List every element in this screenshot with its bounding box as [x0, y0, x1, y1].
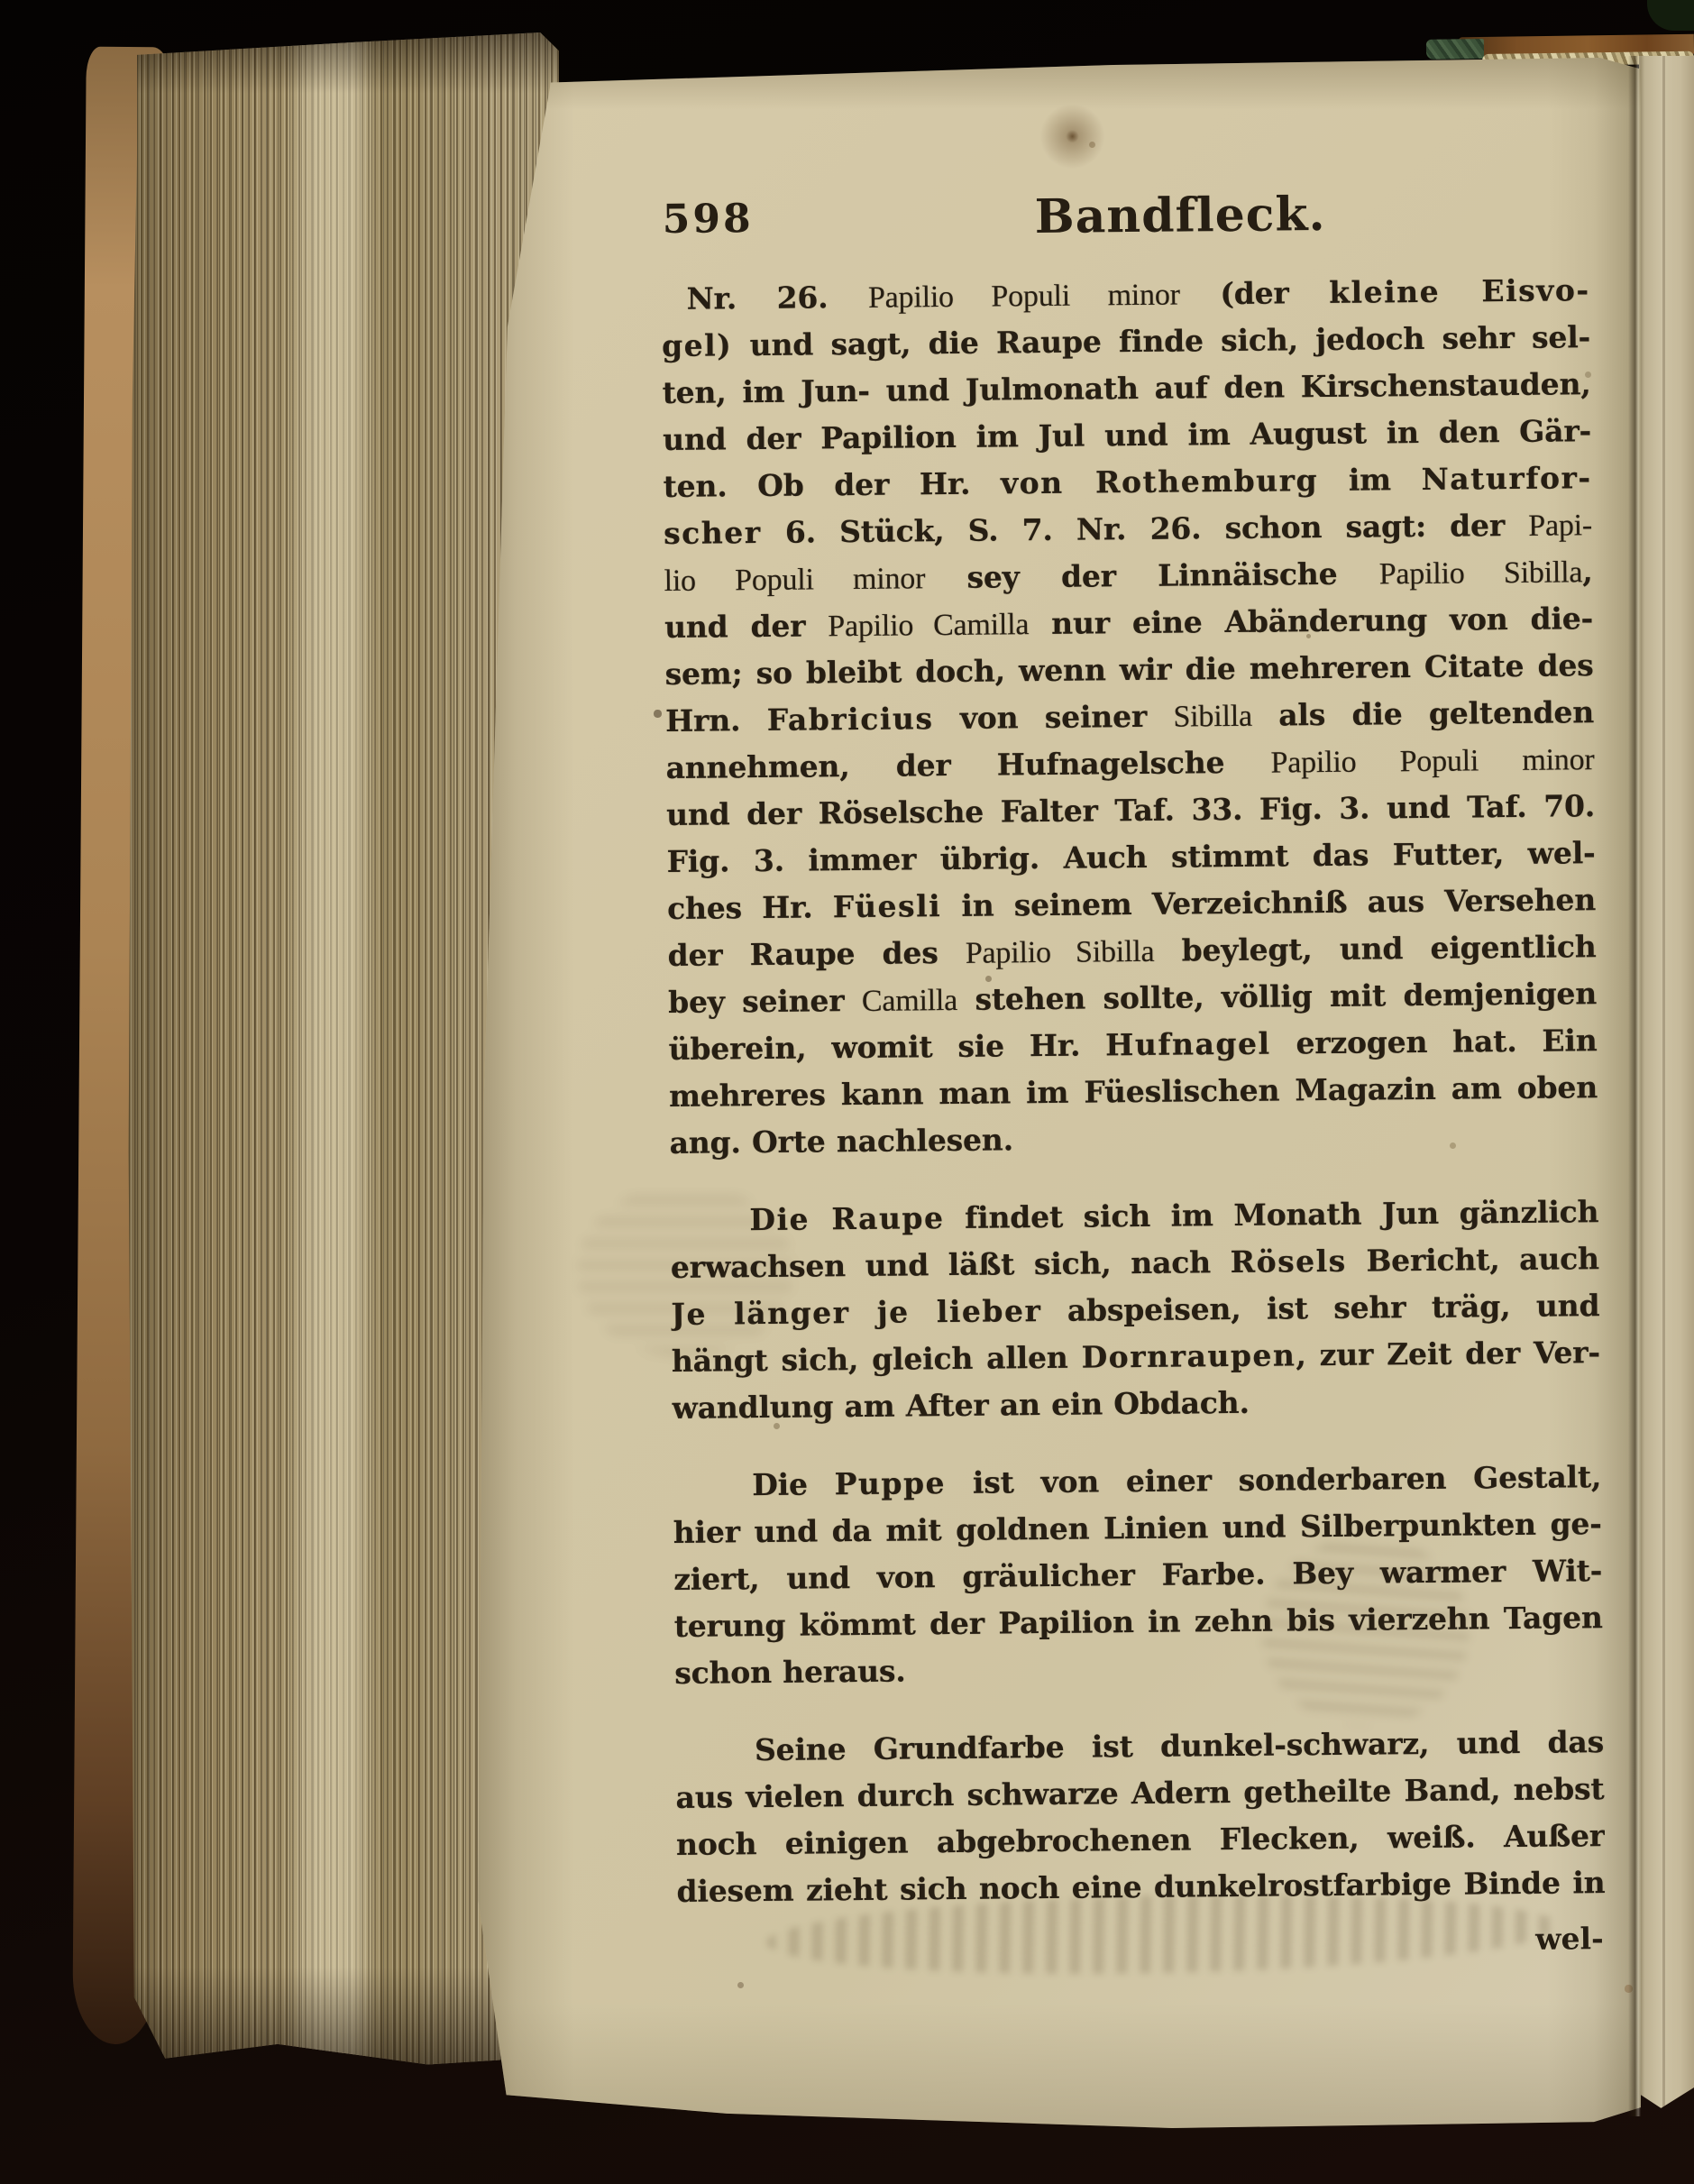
catchword: wel- [1535, 1921, 1604, 1957]
cover-corner [1647, 0, 1694, 31]
paragraph: Seine Grundfarbe ist dunkel-schwarz, und… [675, 1719, 1606, 1915]
paragraph: Die Puppe ist von einer sonderbaren Gest… [673, 1454, 1603, 1697]
paragraph: Die Raupe findet sich im Monath Jun gänz… [670, 1188, 1600, 1432]
text-line: hängt sich, gleich allen Dornraupen, zur… [672, 1329, 1600, 1385]
page-number: 598 [663, 196, 754, 243]
text-line: terung kömmt der Papilion in zehn bis vi… [673, 1594, 1602, 1650]
text-line: ang. Orte nachlesen. [669, 1111, 1598, 1167]
catchword-row: wel- [677, 1921, 1607, 1984]
page-fold-shadow [1628, 56, 1641, 2116]
text-line: schon heraus. [674, 1641, 1603, 1697]
text-body: Nr. 26. Papilio Populi minor (der kleine… [661, 267, 1605, 1915]
book-page-scan: 598 Bandfleck. Nr. 26. Papilio Populi mi… [0, 0, 1694, 2184]
next-page-edge [1639, 56, 1694, 2116]
text-line: diesem zieht sich noch eine dunkelrostfa… [676, 1859, 1605, 1915]
text-line: mehreres kann man im Füeslischen Magazin… [669, 1064, 1598, 1120]
book-page: 598 Bandfleck. Nr. 26. Papilio Populi mi… [469, 58, 1641, 2128]
text-line: wandlung am After an ein Obdach. [672, 1376, 1600, 1432]
page-content: 598 Bandfleck. Nr. 26. Papilio Populi mi… [660, 184, 1606, 1984]
page-header: 598 Bandfleck. [660, 184, 1589, 276]
paragraph: Nr. 26. Papilio Populi minor (der kleine… [661, 267, 1598, 1167]
headband-green-thread [1426, 39, 1484, 60]
page-crease [1662, 56, 1665, 2116]
running-title: Bandfleck. [1034, 187, 1325, 244]
